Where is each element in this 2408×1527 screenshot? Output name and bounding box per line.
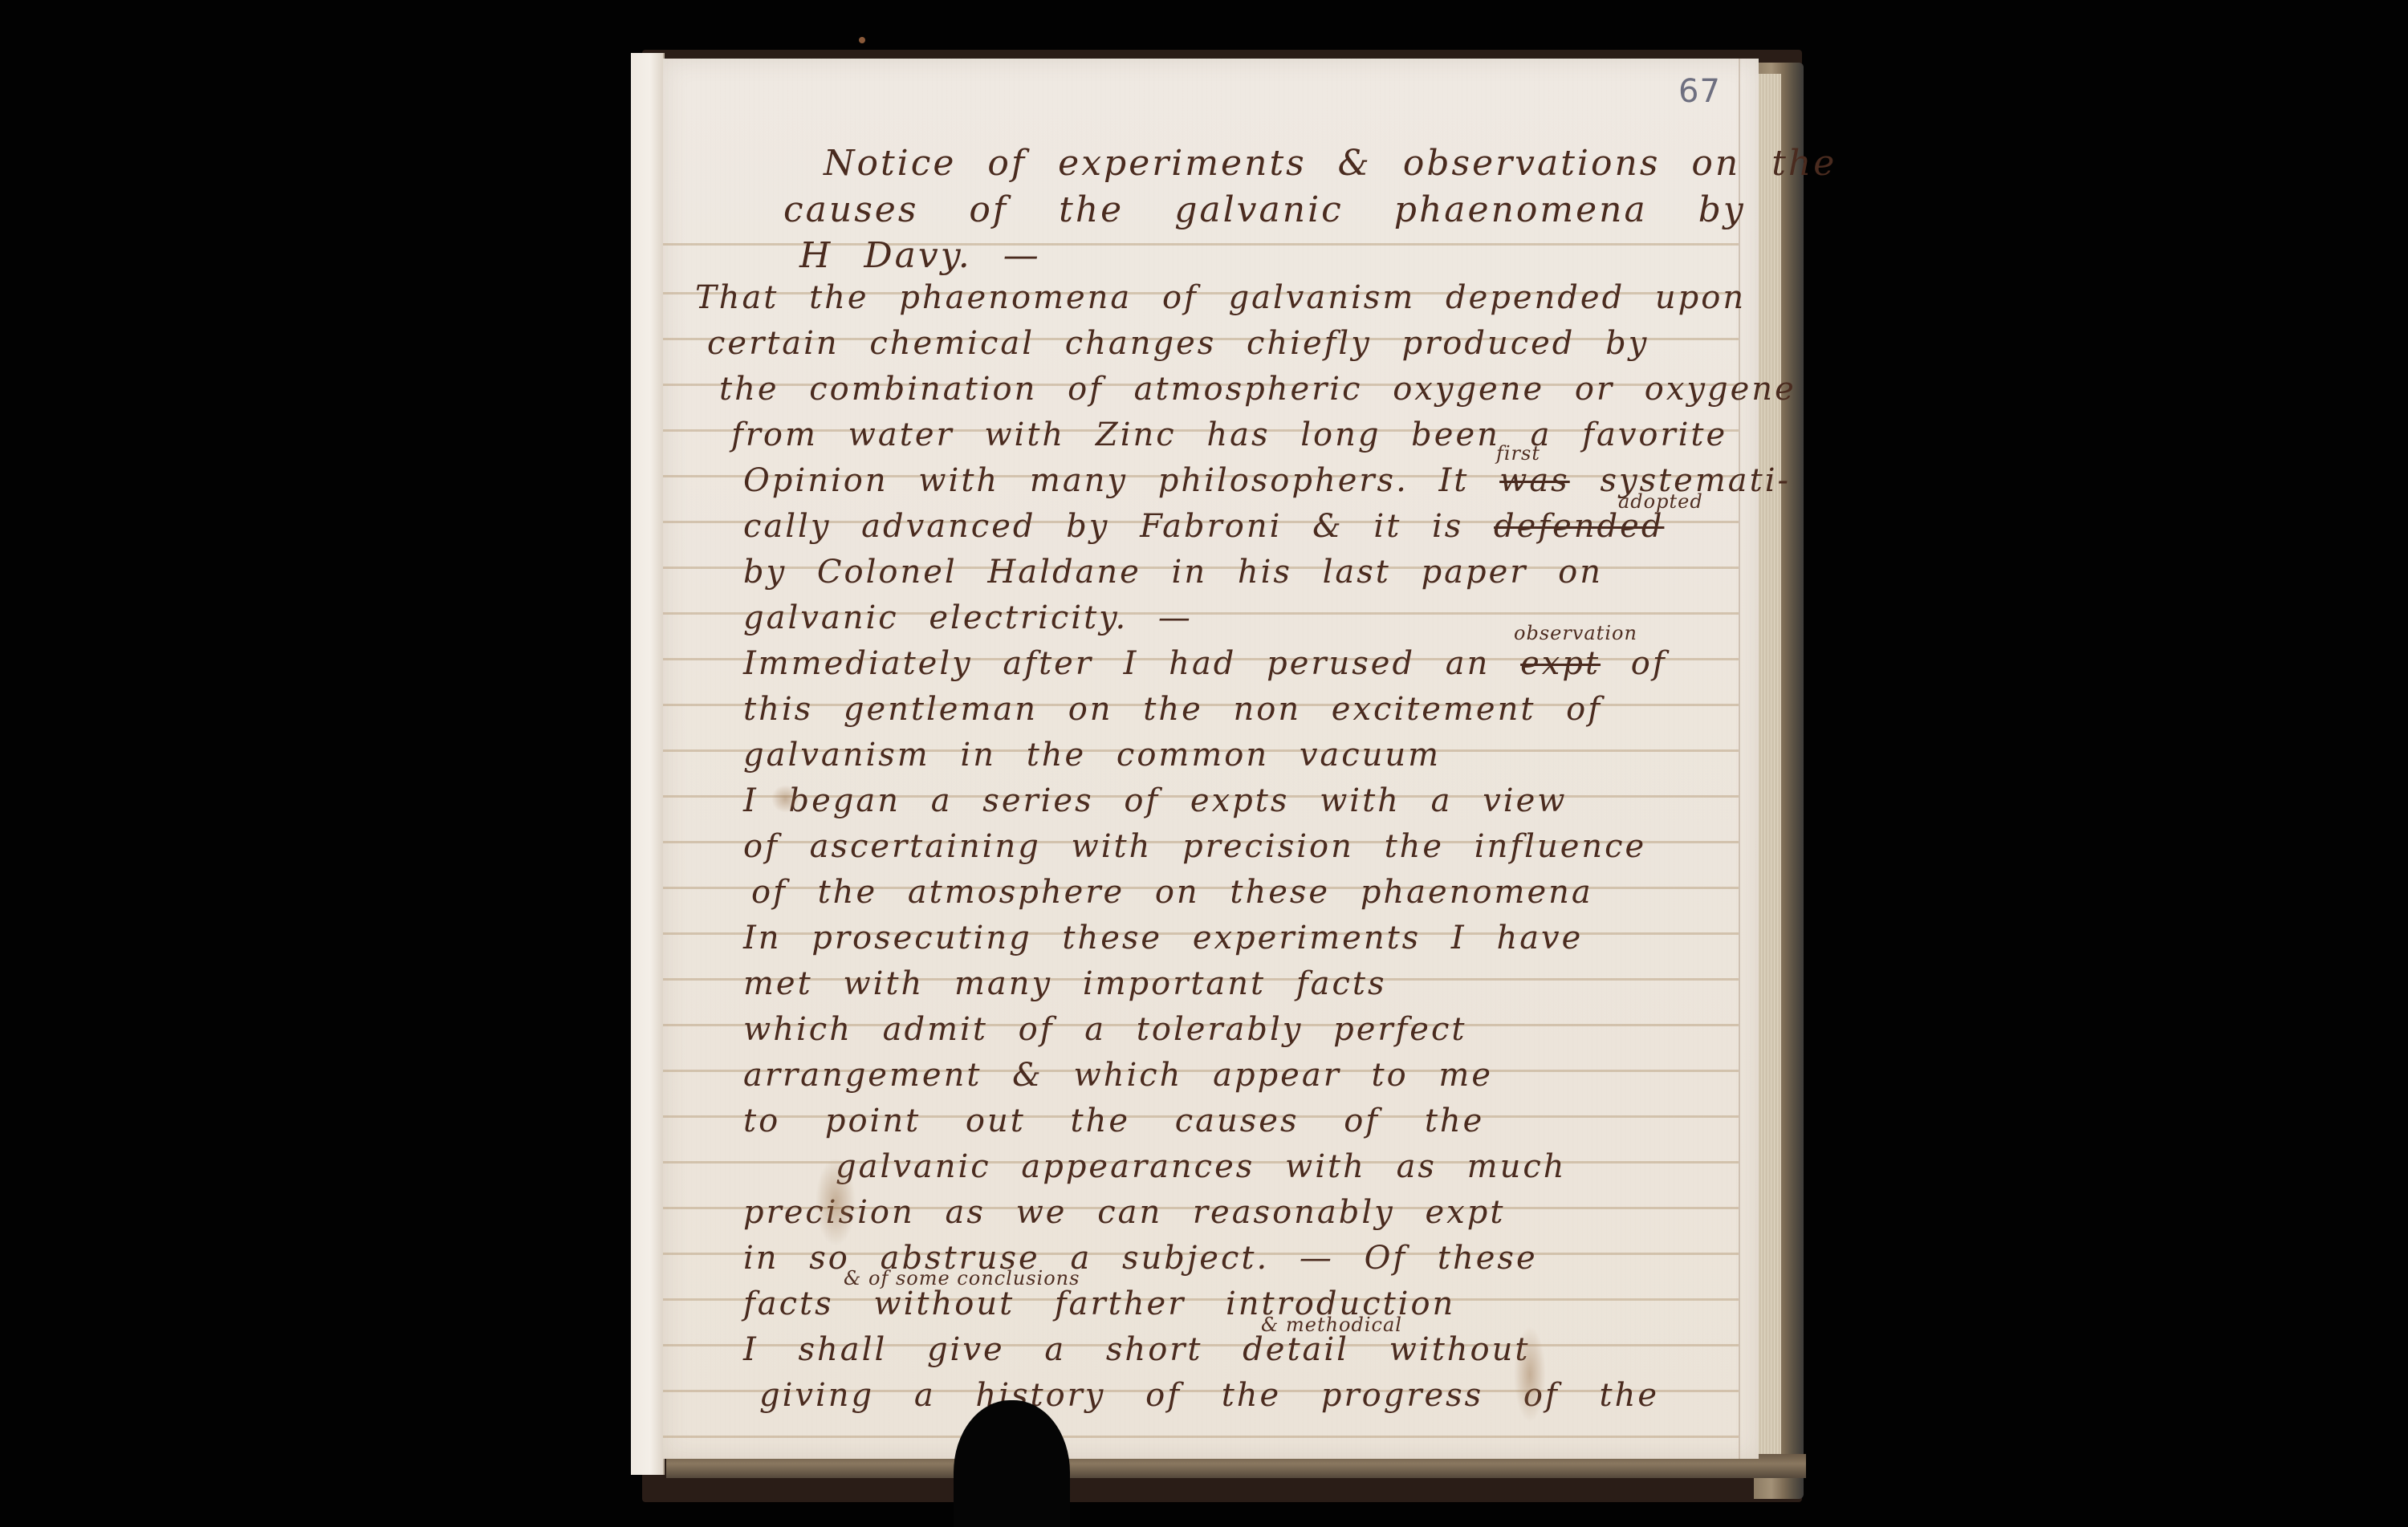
text-line-9: Immediately after I had perused an expt … (743, 645, 1667, 682)
struck-word: defended (1494, 508, 1664, 545)
insertion-observation: observation (1514, 622, 1637, 644)
text-line-4: from water with Zinc has long been a fav… (731, 416, 1727, 453)
text-line-10: this gentleman on the non excitement of (743, 691, 1602, 728)
struck-word: expt (1520, 645, 1601, 682)
text-line-15: In prosecuting these experiments I have (743, 920, 1583, 956)
text-line-9-a: Immediately after I had perused an (743, 645, 1490, 682)
ink-stain (816, 1158, 856, 1246)
title-line-2: causes of the galvanic phaenomena by (783, 189, 1746, 230)
right-margin-rule (1739, 59, 1740, 1459)
text-line-9-b: of (1631, 645, 1667, 682)
text-line-6-a: cally advanced by Fabroni & it is (743, 508, 1463, 545)
ink-stain (771, 785, 799, 813)
ruled-line (663, 1436, 1739, 1438)
text-line-8: galvanic electricity. — (743, 599, 1193, 636)
text-line-14: of the atmosphere on these phaenomena (751, 874, 1593, 911)
text-line-6: cally advanced by Fabroni & it is defend… (743, 508, 1664, 545)
text-line-18: arrangement & which appear to me (743, 1057, 1493, 1094)
struck-word: was (1499, 462, 1570, 499)
text-line-1: That the phaenomena of galvanism depende… (695, 279, 1746, 316)
text-line-5-a: Opinion with many philosophers. It (743, 462, 1469, 499)
page-stack-edge (1758, 74, 1781, 1454)
debris-speck (859, 37, 865, 43)
text-line-16: met with many important facts (743, 965, 1386, 1002)
text-line-3: the combination of atmospheric oxygene o… (719, 371, 1796, 408)
page-number: 67 (1678, 73, 1721, 110)
text-line-13: of ascertaining with precision the influ… (743, 828, 1646, 865)
gutter-stub (631, 53, 665, 1475)
text-line-24: I shall give a short detail without (743, 1331, 1530, 1368)
manuscript-page: 67 Notice of experiments & observations … (663, 59, 1759, 1459)
insertion-adopted: adopted (1618, 490, 1703, 513)
text-line-12: I began a series of expts with a view (743, 782, 1568, 819)
text-line-21: precision as we can reasonably expt (743, 1194, 1505, 1231)
text-line-19: to point out the causes of the (743, 1103, 1484, 1139)
ink-stain (1514, 1326, 1546, 1423)
title-line-3: H Davy. — (799, 235, 1041, 276)
text-line-11: galvanism in the common vacuum (743, 737, 1441, 774)
text-line-20: galvanic appearances with as much (836, 1148, 1567, 1185)
title-line-1: Notice of experiments & observations on … (824, 143, 1837, 184)
text-line-2: certain chemical changes chiefly produce… (707, 325, 1649, 362)
text-line-7: by Colonel Haldane in his last paper on (743, 554, 1603, 591)
insertion-first: first (1496, 442, 1540, 465)
text-line-17: which admit of a tolerably perfect (743, 1011, 1466, 1048)
